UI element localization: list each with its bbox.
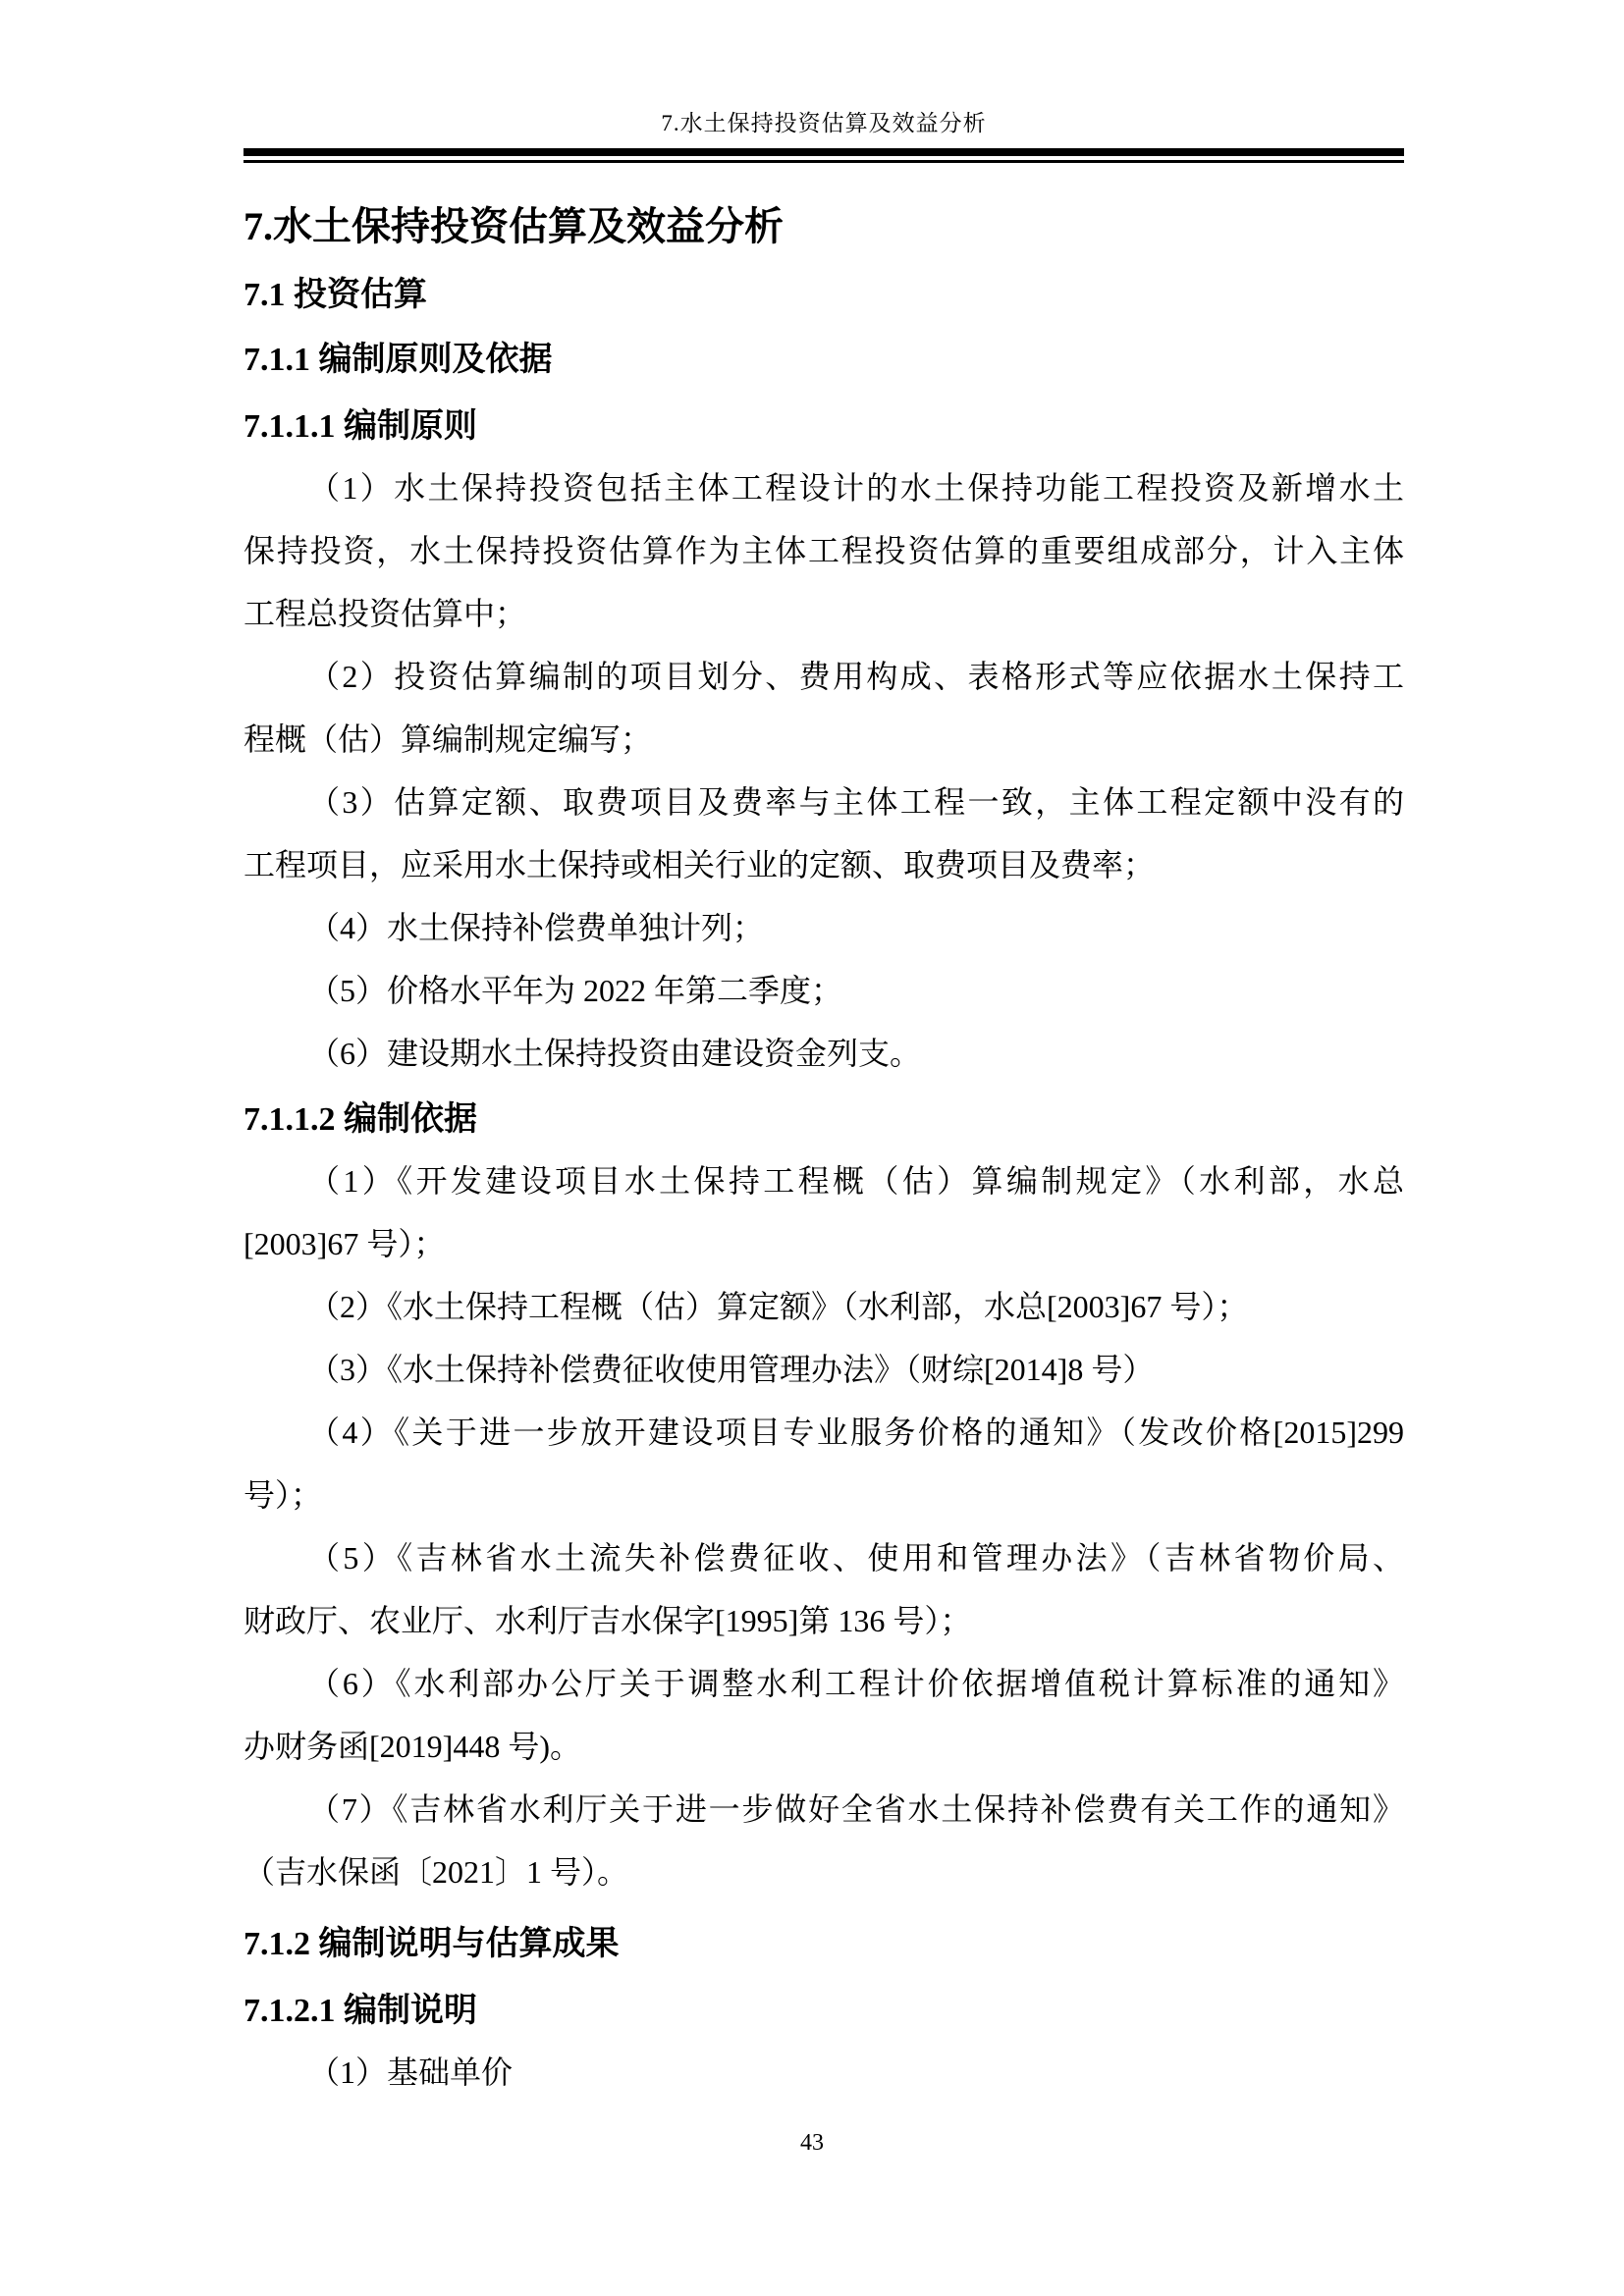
- paragraph-line: （吉水保函〔2021〕1 号）。: [244, 1841, 1404, 1903]
- paragraph: （6）建设期水土保持投资由建设资金列支。: [244, 1022, 1404, 1085]
- paragraph-line: 工程项目，应采用水土保持或相关行业的定额、取费项目及费率；: [244, 833, 1404, 896]
- paragraph: （5）价格水平年为 2022 年第二季度；: [244, 959, 1404, 1022]
- paragraph: （6）《水利部办公厅关于调整水利工程计价依据增值税计算标准的通知》办财务函[20…: [244, 1652, 1404, 1778]
- paragraph-line: （3）估算定额、取费项目及费率与主体工程一致，主体工程定额中没有的: [244, 771, 1404, 833]
- paragraph-line: 号）；: [244, 1464, 1404, 1526]
- paragraph-line: （2）投资估算编制的项目划分、费用构成、表格形式等应依据水土保持工: [244, 645, 1404, 708]
- paragraph: （7）《吉林省水利厅关于进一步做好全省水土保持补偿费有关工作的通知》（吉水保函〔…: [244, 1778, 1404, 1903]
- page-number: 43: [0, 2128, 1624, 2158]
- paragraph-line: （4）《关于进一步放开建设项目专业服务价格的通知》（发改价格[2015]299: [244, 1401, 1404, 1464]
- heading-h4: 7.1.1.2 编制依据: [244, 1098, 1404, 1142]
- header-rule: [244, 148, 1404, 163]
- heading-h1: 7.水土保持投资估算及效益分析: [244, 201, 1404, 252]
- paragraph-line: 财政厅、农业厅、水利厅吉水保字[1995]第 136 号）；: [244, 1589, 1404, 1652]
- heading-h3: 7.1.1 编制原则及依据: [244, 339, 1404, 382]
- paragraph: （3）《水土保持补偿费征收使用管理办法》（财综[2014]8 号）: [244, 1338, 1404, 1401]
- document-page: 7.水土保持投资估算及效益分析 7.水土保持投资估算及效益分析7.1 投资估算7…: [0, 0, 1624, 2296]
- paragraph-line: （5）《吉林省水土流失补偿费征收、使用和管理办法》（吉林省物价局、: [244, 1526, 1404, 1589]
- paragraph-line: （1）基础单价: [244, 2041, 1404, 2104]
- heading-h4: 7.1.2.1 编制说明: [244, 1990, 1404, 2033]
- paragraph-line: （7）《吉林省水利厅关于进一步做好全省水土保持补偿费有关工作的通知》: [244, 1778, 1404, 1841]
- paragraph: （4）《关于进一步放开建设项目专业服务价格的通知》（发改价格[2015]299号…: [244, 1401, 1404, 1526]
- paragraph: （4）水土保持补偿费单独计列；: [244, 896, 1404, 959]
- paragraph-line: 程概（估）算编制规定编写；: [244, 708, 1404, 771]
- paragraph-line: （6）《水利部办公厅关于调整水利工程计价依据增值税计算标准的通知》: [244, 1652, 1404, 1715]
- paragraph-line: （1）水土保持投资包括主体工程设计的水土保持功能工程投资及新增水土: [244, 456, 1404, 519]
- paragraph-line: （5）价格水平年为 2022 年第二季度；: [244, 959, 1404, 1022]
- paragraph-line: [2003]67 号）；: [244, 1212, 1404, 1275]
- paragraph-line: （6）建设期水土保持投资由建设资金列支。: [244, 1022, 1404, 1085]
- paragraph-line: （1）《开发建设项目水土保持工程概（估）算编制规定》（水利部，水总: [244, 1149, 1404, 1212]
- document-body: 7.水土保持投资估算及效益分析7.1 投资估算7.1.1 编制原则及依据7.1.…: [244, 201, 1404, 2104]
- paragraph-line: （2）《水土保持工程概（估）算定额》（水利部，水总[2003]67 号）；: [244, 1275, 1404, 1338]
- running-header: 7.水土保持投资估算及效益分析: [244, 110, 1404, 137]
- paragraph: （1）水土保持投资包括主体工程设计的水土保持功能工程投资及新增水土保持投资，水土…: [244, 456, 1404, 645]
- paragraph-line: （4）水土保持补偿费单独计列；: [244, 896, 1404, 959]
- paragraph-line: （3）《水土保持补偿费征收使用管理办法》（财综[2014]8 号）: [244, 1338, 1404, 1401]
- paragraph: （2）《水土保持工程概（估）算定额》（水利部，水总[2003]67 号）；: [244, 1275, 1404, 1338]
- paragraph: （3）估算定额、取费项目及费率与主体工程一致，主体工程定额中没有的工程项目，应采…: [244, 771, 1404, 896]
- paragraph: （5）《吉林省水土流失补偿费征收、使用和管理办法》（吉林省物价局、财政厅、农业厅…: [244, 1526, 1404, 1652]
- heading-h3: 7.1.2 编制说明与估算成果: [244, 1923, 1404, 1966]
- paragraph-line: 工程总投资估算中；: [244, 582, 1404, 645]
- paragraph: （2）投资估算编制的项目划分、费用构成、表格形式等应依据水土保持工程概（估）算编…: [244, 645, 1404, 771]
- heading-h2: 7.1 投资估算: [244, 274, 1404, 317]
- paragraph: （1）基础单价: [244, 2041, 1404, 2104]
- paragraph: （1）《开发建设项目水土保持工程概（估）算编制规定》（水利部，水总[2003]6…: [244, 1149, 1404, 1275]
- heading-h4: 7.1.1.1 编制原则: [244, 405, 1404, 449]
- paragraph-line: 办财务函[2019]448 号)。: [244, 1715, 1404, 1778]
- paragraph-line: 保持投资，水土保持投资估算作为主体工程投资估算的重要组成部分，计入主体: [244, 519, 1404, 582]
